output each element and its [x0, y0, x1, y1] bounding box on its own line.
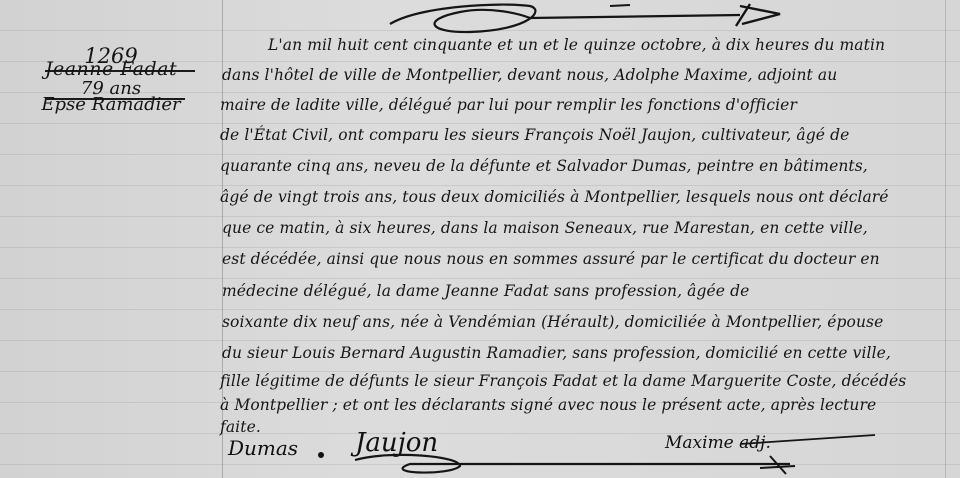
spouse-note: Epse Ramadier	[0, 94, 222, 115]
record-body: L'an mil huit cent cinquante et un et le…	[210, 0, 950, 478]
body-line-6: âgé de vingt trois ans, tous deux domici…	[220, 188, 889, 206]
document-page: 1269 Jeanne Fadat 79 ans Epse Ramadier L…	[0, 0, 960, 478]
body-line-11: du sieur Louis Bernard Augustin Ramadier…	[222, 344, 891, 362]
body-line-5: quarante cinq ans, neveu de la défunte e…	[220, 157, 868, 175]
body-line-13: à Montpellier ; et ont les déclarants si…	[220, 396, 876, 414]
body-line-2: dans l'hôtel de ville de Montpellier, de…	[222, 66, 837, 84]
body-line-9: médecine délégué, la dame Jeanne Fadat s…	[222, 282, 749, 300]
body-line-8: est décédée, ainsi que nous nous en somm…	[222, 250, 880, 268]
signature-dumas: Dumas	[228, 436, 298, 460]
separator-dot	[318, 452, 324, 458]
margin-note: 1269 Jeanne Fadat 79 ans Epse Ramadier	[0, 0, 222, 130]
body-line-4: de l'État Civil, ont comparu les sieurs …	[220, 126, 849, 144]
body-line-14: faite.	[220, 418, 261, 436]
body-line-10: soixante dix neuf ans, née à Vendémian (…	[222, 313, 883, 331]
body-line-12: fille légitime de défunts le sieur Franç…	[220, 372, 906, 390]
signature-underline-icon	[740, 432, 880, 446]
body-line-7: que ce matin, à six heures, dans la mais…	[222, 219, 868, 237]
deceased-name: Jeanne Fadat	[0, 58, 222, 80]
body-line-3: maire de ladite ville, délégué par lui p…	[220, 96, 797, 114]
body-line-1: L'an mil huit cent cinquante et un et le…	[268, 36, 885, 54]
